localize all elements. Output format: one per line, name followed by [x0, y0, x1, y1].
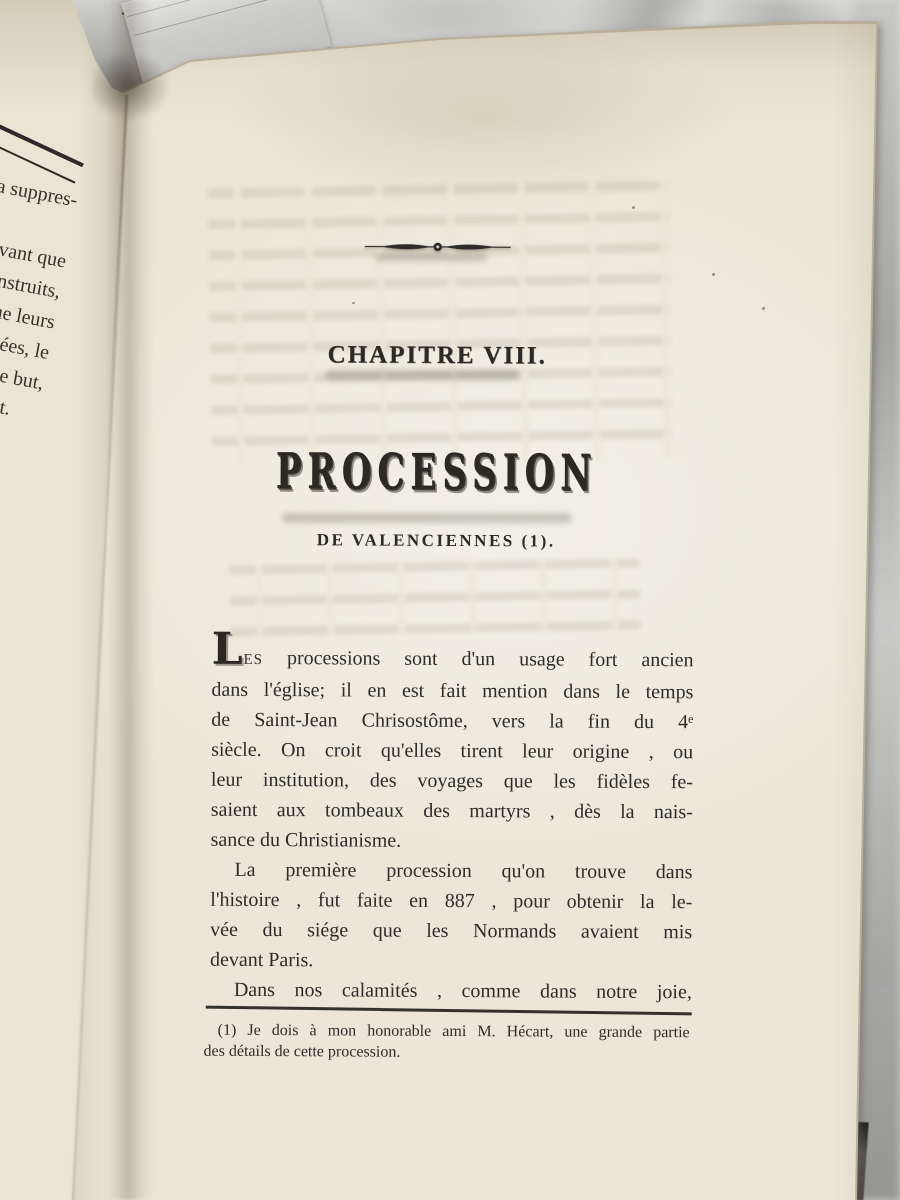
text-line: sance du Christianisme. — [211, 825, 693, 858]
foxing-dot — [712, 273, 715, 276]
text-line: leur institution, des voyages que les fi… — [211, 765, 693, 798]
foxing-dot — [632, 206, 635, 209]
text-line: saient aux tombeaux des martyrs , dès la… — [211, 795, 693, 828]
foxing-dot — [762, 307, 765, 310]
chapter-heading: CHAPITRE VIII. — [196, 341, 678, 372]
text-line: La première procession qu'on trouve dans — [210, 855, 692, 888]
right-page: CHAPITRE VIII. PROCESSION DE VALENCIENNE… — [40, 10, 892, 1200]
text-line: de Saint-Jean Chrisostôme, vers la fin d… — [211, 705, 693, 738]
text-line: dans l'église; il en est fait mention da… — [211, 675, 693, 708]
text-line: LES processions sont d'un usage fort anc… — [212, 643, 694, 678]
footnote-line: (1) Je dois à mon honorable ami M. Hécar… — [204, 1020, 690, 1044]
foxing-dot — [352, 302, 355, 304]
book-photo: CHAPITRE VIII. PROCESSION DE VALENCIENNE… — [0, 0, 900, 1200]
footnote-line: des détails de cette procession. — [203, 1041, 689, 1065]
body-text: LES processions sont d'un usage fort anc… — [210, 643, 694, 1008]
page-subtitle: DE VALENCIENNES (1). — [195, 530, 677, 553]
page-title: PROCESSION — [195, 443, 677, 504]
section-ornament — [197, 237, 679, 258]
showthrough-text-ghost — [229, 558, 640, 637]
footnote: (1) Je dois à mon honorable ami M. Hécar… — [203, 1020, 689, 1065]
text-line: Dans nos calamités , comme dans notre jo… — [210, 975, 692, 1008]
text-line: l'histoire , fut faite en 887 , pour obt… — [210, 885, 692, 918]
spindle-rule-icon — [363, 238, 513, 257]
text-line: vée du siége que les Normands avaient mi… — [210, 915, 692, 948]
ink-smudge — [325, 370, 520, 380]
page-content: CHAPITRE VIII. PROCESSION DE VALENCIENNE… — [215, 9, 697, 12]
text-line: siècle. On croit qu'elles tirent leur or… — [211, 735, 693, 768]
page-surface: CHAPITRE VIII. PROCESSION DE VALENCIENNE… — [40, 10, 892, 1200]
ink-smudge — [282, 513, 572, 523]
showthrough-text-ghost — [208, 181, 673, 467]
drop-cap-small-caps: ES — [243, 652, 263, 668]
text-line: devant Paris. — [210, 945, 692, 978]
drop-cap: L — [212, 624, 243, 675]
